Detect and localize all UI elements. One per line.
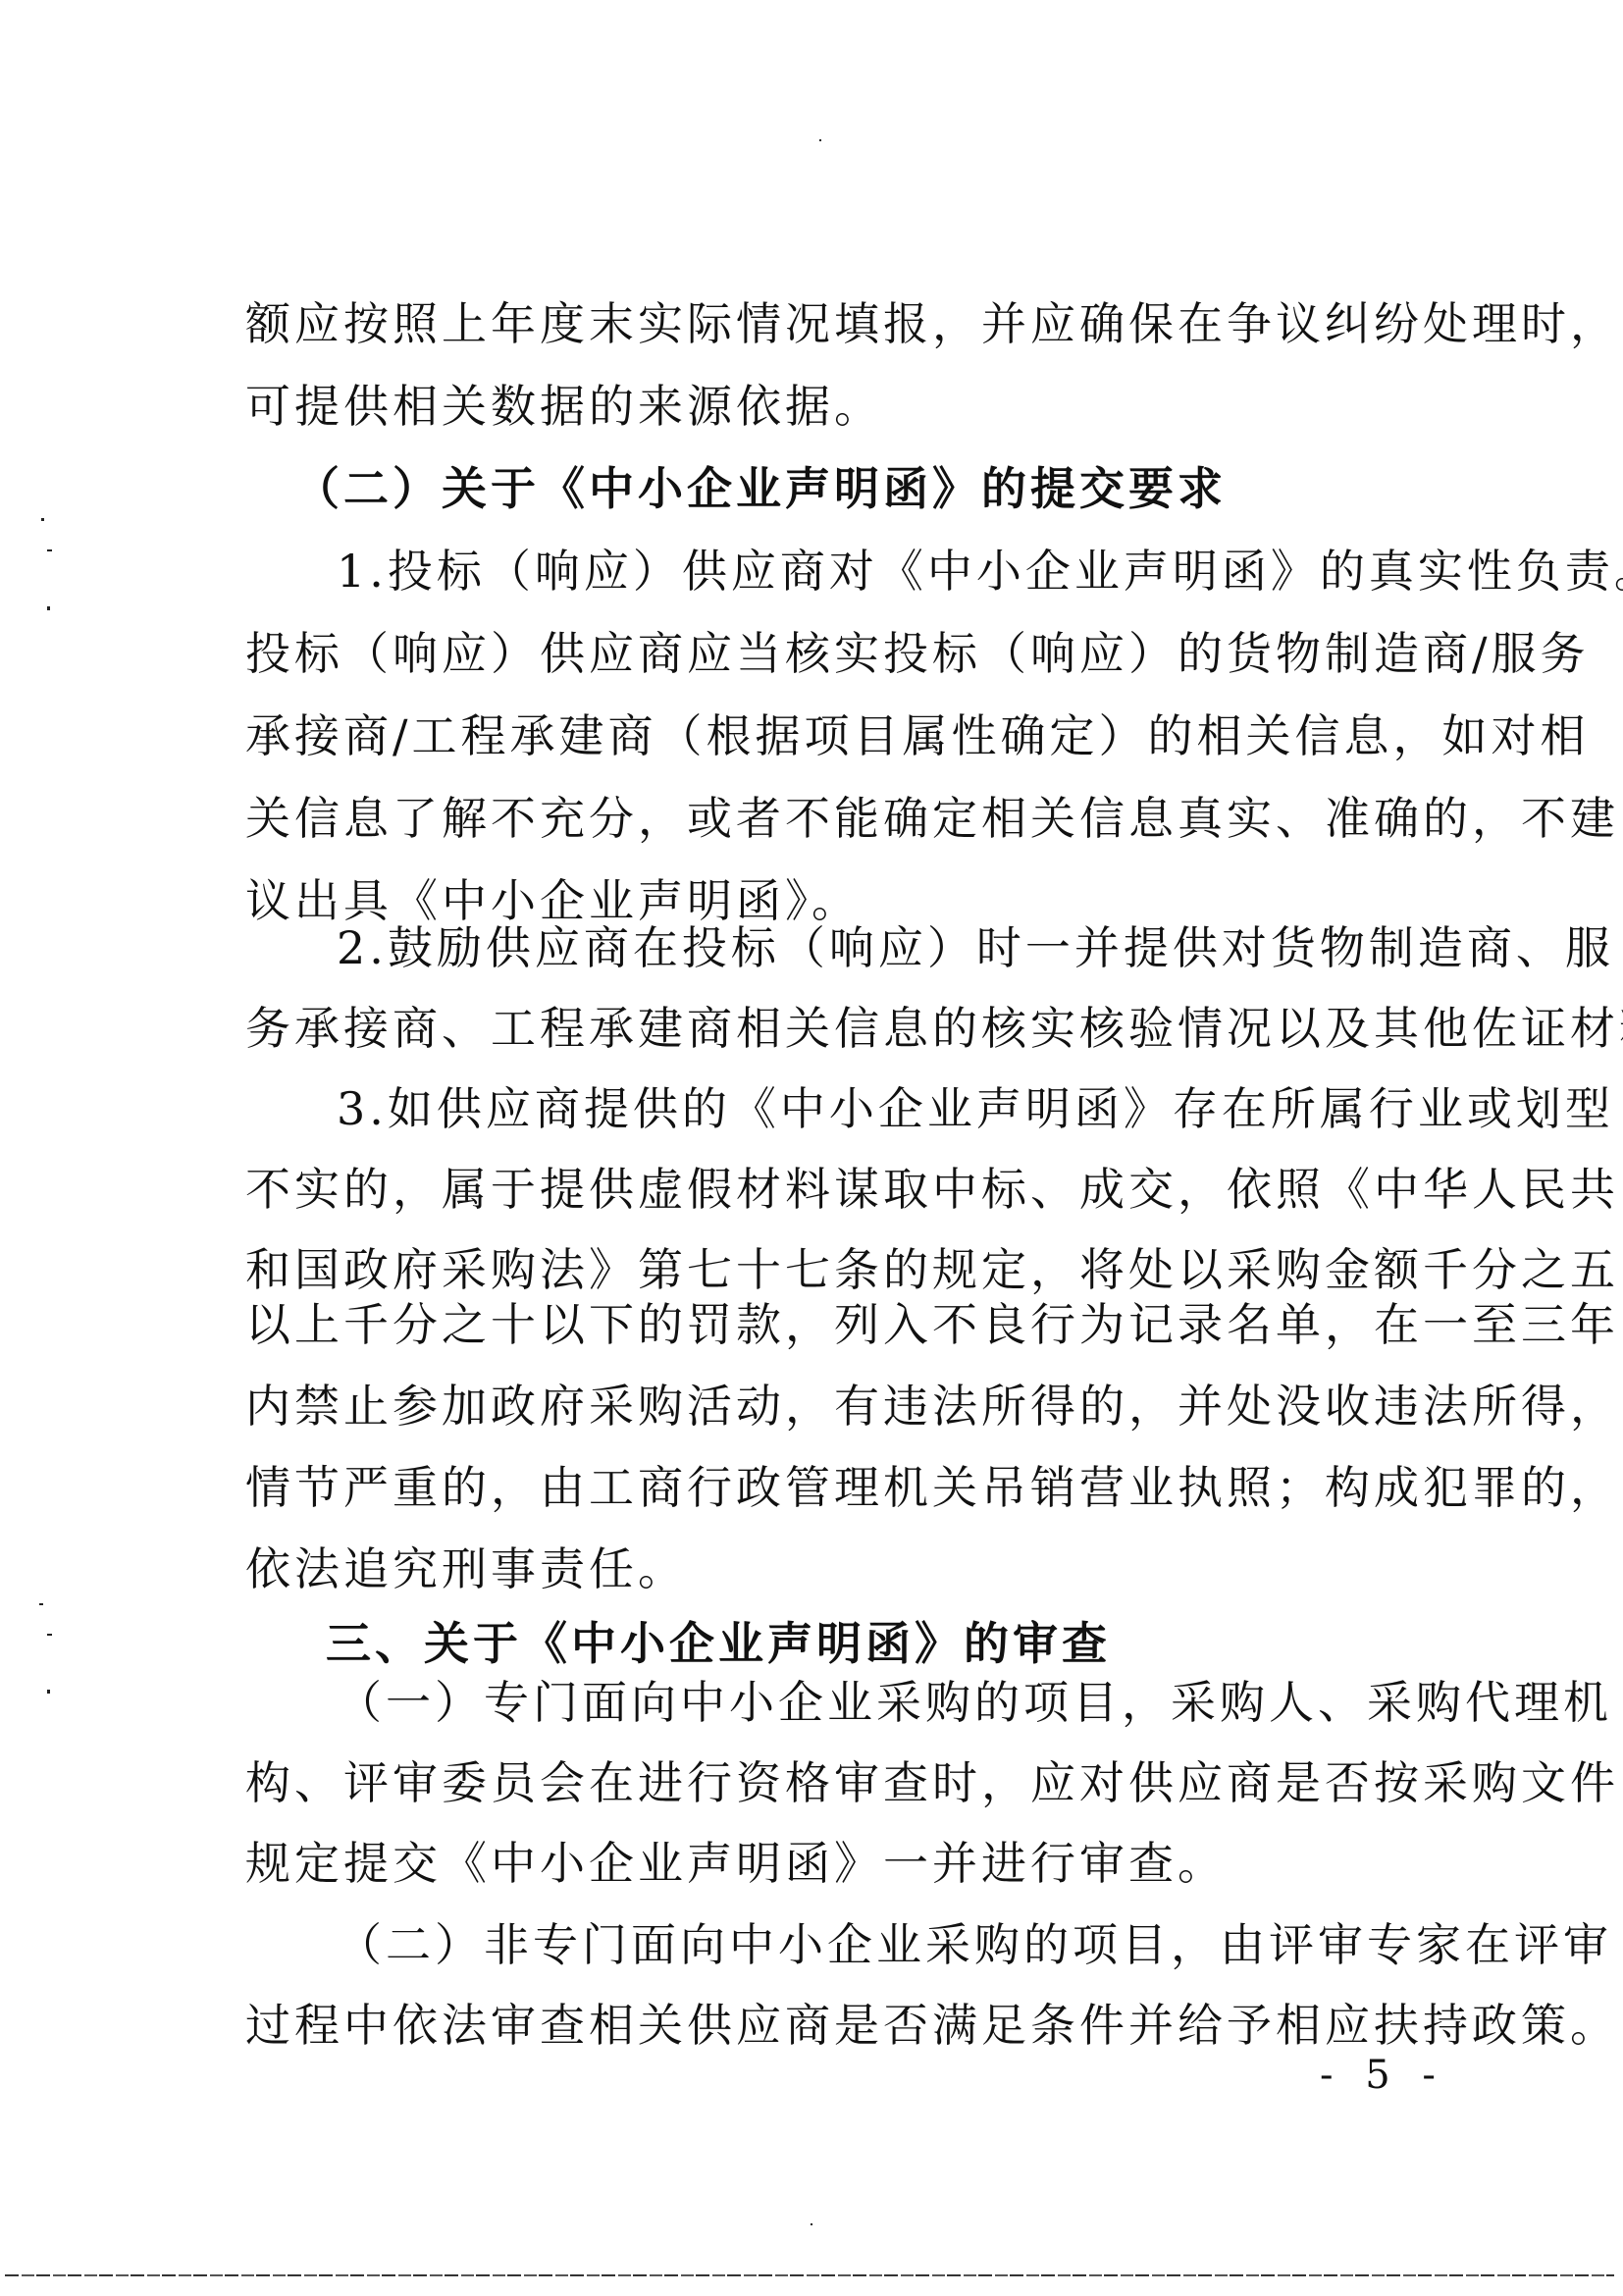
paragraph-line: 2.鼓励供应商在投标（响应）时一并提供对货物制造商、服 xyxy=(337,918,1413,977)
paragraph-line: 额应按照上年度末实际情况填报，并应确保在争议纠纷处理时， xyxy=(245,294,1413,353)
paragraph-line: 构、评审委员会在进行资格审查时，应对供应商是否按采购文件 xyxy=(245,1753,1413,1812)
paragraph-line: 依法追究刑事责任。 xyxy=(245,1539,1413,1598)
paragraph-line: 1.投标（响应）供应商对《中小企业声明函》的真实性负责。 xyxy=(337,542,1413,600)
paragraph-line: 规定提交《中小企业声明函》一并进行审查。 xyxy=(245,1834,1413,1893)
paragraph-line: 不实的，属于提供虚假材料谋取中标、成交，依照《中华人民共 xyxy=(245,1160,1413,1219)
section-heading: 三、关于《中小企业声明函》的审查 xyxy=(326,1614,1402,1673)
scan-speck xyxy=(41,518,44,521)
paragraph-line: 以上千分之十以下的罚款，列入不良行为记录名单，在一至三年 xyxy=(245,1295,1413,1354)
paragraph-line: 投标（响应）供应商应当核实投标（响应）的货物制造商/服务 xyxy=(245,624,1413,683)
paragraph-line: （一）专门面向中小企业采购的项目，采购人、采购代理机 xyxy=(337,1673,1413,1732)
paragraph-line: 3.如供应商提供的《中小企业声明函》存在所属行业或划型 xyxy=(337,1079,1413,1138)
paragraph-line: 内禁止参加政府采购活动，有违法所得的，并处没收违法所得， xyxy=(245,1377,1413,1435)
paragraph-line: 可提供相关数据的来源依据。 xyxy=(245,377,1413,436)
scan-speck xyxy=(47,606,50,610)
scan-speck xyxy=(819,139,821,141)
scan-speck xyxy=(47,549,52,551)
document-page: 额应按照上年度末实际情况填报，并应确保在争议纠纷处理时， 可提供相关数据的来源依… xyxy=(0,0,1623,2296)
paragraph-line: 和国政府采购法》第七十七条的规定，将处以采购金额千分之五 xyxy=(245,1240,1413,1299)
page-number: - 5 - xyxy=(1320,2051,1445,2100)
paragraph-line: （二）非专门面向中小企业采购的项目，由评审专家在评审 xyxy=(337,1915,1413,1974)
scan-speck xyxy=(47,1690,50,1694)
scan-edge-line xyxy=(5,2274,1614,2276)
scan-speck xyxy=(47,1634,52,1636)
scan-speck xyxy=(39,1603,43,1605)
paragraph-line: 务承接商、工程承建商相关信息的核实核验情况以及其他佐证材料。 xyxy=(245,999,1413,1058)
paragraph-line: 过程中依法审查相关供应商是否满足条件并给予相应扶持政策。 xyxy=(245,1996,1413,2055)
section-heading: （二）关于《中小企业声明函》的提交要求 xyxy=(294,459,1371,518)
paragraph-line: 关信息了解不充分，或者不能确定相关信息真实、准确的，不建 xyxy=(245,789,1413,848)
paragraph-line: 承接商/工程承建商（根据项目属性确定）的相关信息，如对相 xyxy=(245,706,1413,765)
paragraph-line: 情节严重的，由工商行政管理机关吊销营业执照；构成犯罪的， xyxy=(245,1458,1413,1517)
scan-speck xyxy=(811,2223,812,2225)
